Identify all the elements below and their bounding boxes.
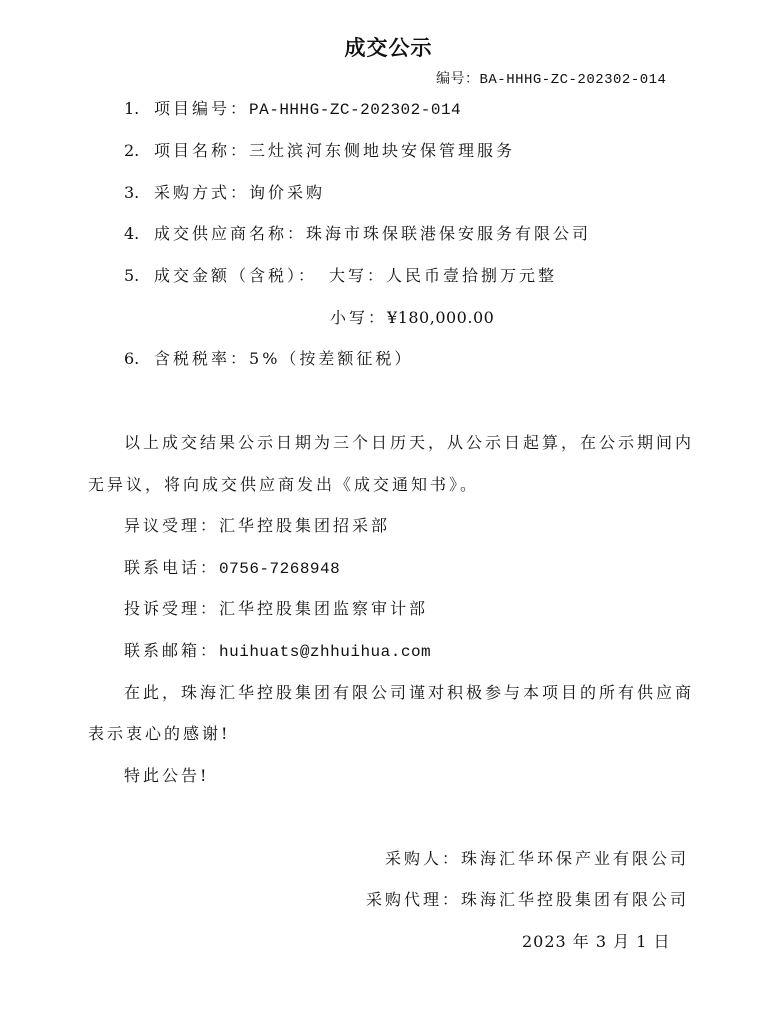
contact-value: huihuats@zhhuihua.com bbox=[219, 643, 431, 661]
item-transaction-amount: 5.成交金额（含税）：大写：人民币壹拾捌万元整 bbox=[124, 265, 557, 287]
item-number: 5. bbox=[124, 265, 154, 287]
contact-complaint: 投诉受理：汇华控股集团监察审计部 bbox=[124, 598, 428, 620]
contact-value: 0756-7268948 bbox=[219, 560, 340, 578]
contact-label: 联系邮箱： bbox=[124, 641, 219, 660]
item-project-name: 2.项目名称：三灶滨河东侧地块安保管理服务 bbox=[124, 140, 515, 162]
item-value: 三灶滨河东侧地块安保管理服务 bbox=[249, 141, 515, 160]
item-label: 项目名称： bbox=[154, 141, 249, 160]
document-date: 2023 年 3 月 1 日 bbox=[522, 931, 671, 953]
contact-phone: 联系电话：0756-7268948 bbox=[124, 557, 340, 580]
item-project-number: 1.项目编号：PA-HHHG-ZC-202302-014 bbox=[124, 98, 461, 121]
item-value: PA-HHHG-ZC-202302-014 bbox=[249, 101, 461, 119]
amount-upper-value: 人民币壹拾捌万元整 bbox=[386, 266, 557, 285]
closing-statement: 特此公告! bbox=[124, 765, 209, 787]
item-label: 成交金额（含税）： bbox=[154, 266, 317, 285]
contact-value: 汇华控股集团招采部 bbox=[219, 516, 390, 535]
notice-paragraph-line1: 以上成交结果公示日期为三个日历天，从公示日起算，在公示期间内 bbox=[124, 432, 694, 454]
item-procurement-method: 3.采购方式：询价采购 bbox=[124, 182, 325, 204]
contact-label: 联系电话： bbox=[124, 558, 219, 577]
item-value: 5%（按差额征税） bbox=[249, 349, 413, 368]
purchaser-name: 珠海汇华环保产业有限公司 bbox=[461, 849, 689, 868]
item-label: 成交供应商名称： bbox=[154, 224, 306, 243]
purchaser-label: 采购人： bbox=[385, 849, 461, 868]
item-number: 3. bbox=[124, 182, 154, 204]
document-number: 编号：BA-HHHG-ZC-202302-014 bbox=[436, 68, 666, 88]
item-number: 1. bbox=[124, 98, 154, 120]
item-tax-rate: 6.含税税率：5%（按差额征税） bbox=[124, 348, 413, 370]
item-number: 6. bbox=[124, 348, 154, 370]
contact-label: 异议受理： bbox=[124, 516, 219, 535]
notice-paragraph-line2: 无异议，将向成交供应商发出《成交通知书》。 bbox=[88, 474, 479, 496]
amount-lower-value: ¥180,000.00 bbox=[387, 308, 494, 327]
agent-signature: 采购代理：珠海汇华控股集团有限公司 bbox=[366, 889, 689, 911]
item-label: 项目编号： bbox=[154, 99, 249, 118]
contact-email: 联系邮箱：huihuats@zhhuihua.com bbox=[124, 640, 431, 663]
item-number: 2. bbox=[124, 140, 154, 162]
item-transaction-amount-lower: 小写：¥180,000.00 bbox=[330, 307, 494, 329]
amount-lower-label: 小写： bbox=[330, 308, 387, 327]
document-number-value: BA-HHHG-ZC-202302-014 bbox=[480, 72, 667, 88]
item-value: 询价采购 bbox=[249, 183, 325, 202]
agent-name: 珠海汇华控股集团有限公司 bbox=[461, 890, 689, 909]
purchaser-signature: 采购人：珠海汇华环保产业有限公司 bbox=[385, 848, 689, 870]
item-label: 含税税率： bbox=[154, 349, 249, 368]
item-number: 4. bbox=[124, 223, 154, 245]
amount-upper-label: 大写： bbox=[329, 266, 386, 285]
page-title: 成交公示 bbox=[0, 32, 777, 62]
contact-label: 投诉受理： bbox=[124, 599, 219, 618]
document-number-label: 编号： bbox=[436, 71, 480, 87]
contact-value: 汇华控股集团监察审计部 bbox=[219, 599, 428, 618]
thanks-paragraph-line2: 表示衷心的感谢! bbox=[88, 723, 230, 745]
item-supplier-name: 4.成交供应商名称：珠海市珠保联港保安服务有限公司 bbox=[124, 223, 591, 245]
agent-label: 采购代理： bbox=[366, 890, 461, 909]
contact-objection: 异议受理：汇华控股集团招采部 bbox=[124, 515, 390, 537]
item-label: 采购方式： bbox=[154, 183, 249, 202]
thanks-paragraph-line1: 在此，珠海汇华控股集团有限公司谨对积极参与本项目的所有供应商 bbox=[124, 682, 694, 704]
item-value: 珠海市珠保联港保安服务有限公司 bbox=[306, 224, 591, 243]
